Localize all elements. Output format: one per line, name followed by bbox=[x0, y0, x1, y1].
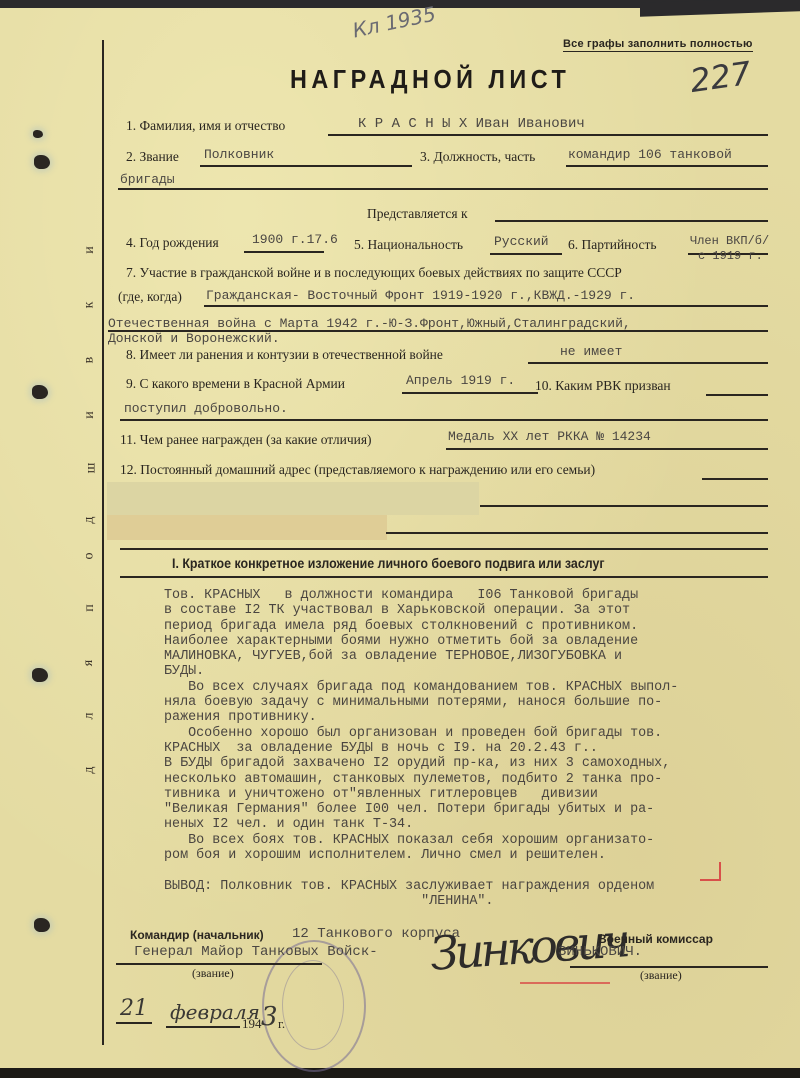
margin-letter: л bbox=[82, 713, 98, 720]
red-pencil-mark bbox=[700, 879, 721, 881]
conclusion-paragraph: ВЫВОД: Полковник тов. КРАСНЫХ заслуживае… bbox=[164, 879, 654, 909]
field-2-underline bbox=[200, 165, 412, 167]
field-12-underline-3 bbox=[386, 532, 768, 534]
section-rule-top bbox=[120, 548, 768, 550]
field-3-position-cont: бригады bbox=[120, 172, 175, 187]
field-9-label: 9. С какого времени в Красной Армии bbox=[126, 376, 345, 392]
commander-rank-caption: (звание) bbox=[192, 966, 234, 981]
punch-hole bbox=[32, 385, 48, 399]
presented-underline bbox=[495, 220, 768, 222]
field-3-underline bbox=[566, 165, 768, 167]
field-12-underline bbox=[702, 478, 768, 480]
margin-letter: к bbox=[81, 302, 97, 309]
narrative-paragraph: Особенно хорошо был организован и провед… bbox=[164, 726, 670, 833]
field-4-label: 4. Год рождения bbox=[126, 235, 219, 251]
field-2-rank: Полковник bbox=[204, 147, 274, 162]
date-year-unit: г. bbox=[278, 1016, 285, 1032]
commissar-rank-caption: (звание) bbox=[640, 968, 682, 983]
date-day: 21 bbox=[120, 996, 148, 1021]
field-11-underline bbox=[446, 448, 768, 450]
address-redaction bbox=[107, 482, 479, 515]
red-underline bbox=[520, 982, 610, 984]
field-8-label: 8. Имеет ли ранения и контузии в отечест… bbox=[126, 347, 443, 363]
field-9-underline bbox=[402, 392, 538, 394]
margin-letter: д bbox=[82, 766, 98, 773]
field-7-value-2: Отечественная война с Марта 1942 г.-Ю-З.… bbox=[108, 316, 631, 331]
margin-letter: д bbox=[82, 516, 98, 523]
field-4-birth-year: 1900 г.17.6 bbox=[252, 232, 338, 247]
red-pencil-mark bbox=[719, 862, 721, 880]
margin-letter: о bbox=[82, 553, 98, 560]
field-5-label: 5. Национальность bbox=[354, 237, 463, 253]
field-10-label: 10. Каким РВК призван bbox=[535, 378, 671, 394]
narrative-paragraph: Во всех случаях бригада под командование… bbox=[164, 680, 678, 726]
field-1-full-name: К Р А С Н Ы Х Иван Иванович bbox=[358, 116, 585, 132]
field-8-underline bbox=[528, 362, 768, 364]
field-12-underline-2 bbox=[480, 505, 768, 507]
field-7-label: 7. Участие в гражданской войне и в после… bbox=[126, 265, 622, 281]
field-12-label: 12. Постоянный домашний адрес (представл… bbox=[120, 462, 595, 478]
official-stamp-inner bbox=[282, 960, 344, 1050]
margin-letter: ш bbox=[83, 463, 99, 474]
field-3-position: командир 106 танковой bbox=[568, 147, 732, 162]
margin-letter: и bbox=[82, 411, 98, 419]
field-11-prior-awards: Медаль XX лет РККА № 14234 bbox=[448, 429, 651, 444]
sheet-number-handwritten: 227 bbox=[688, 54, 754, 100]
field-1-label: 1. Фамилия, имя и отчество bbox=[126, 118, 285, 134]
punch-hole bbox=[32, 668, 48, 682]
field-3-underline-2 bbox=[118, 188, 768, 190]
field-7-label-cont: (где, когда) bbox=[118, 289, 182, 305]
field-7-value-1: Гражданская- Восточный Фронт 1919-1920 г… bbox=[206, 288, 635, 303]
commander-rank: Генерал Майор Танковых Войск- bbox=[134, 944, 378, 960]
date-day-underline bbox=[116, 1022, 152, 1024]
field-9-army-since: Апрель 1919 г. bbox=[406, 373, 515, 388]
document-title: НАГРАДНОЙ ЛИСТ bbox=[290, 64, 570, 95]
margin-letter: п bbox=[82, 604, 98, 612]
fill-instruction: Все графы заполнить полностью bbox=[563, 38, 753, 52]
punch-hole bbox=[33, 130, 43, 138]
punch-hole bbox=[34, 155, 50, 169]
commissar-label: Военный комиссар bbox=[598, 932, 713, 946]
merit-narrative: Тов. КРАСНЫХ в должности командира I06 Т… bbox=[164, 588, 774, 909]
field-1-underline bbox=[328, 134, 768, 136]
signatory-name: ЗИНЬКОВИЧ. bbox=[558, 944, 642, 960]
field-8-wounds: не имеет bbox=[560, 344, 622, 359]
narrative-paragraph: Тов. КРАСНЫХ в должности командира I06 Т… bbox=[164, 588, 638, 679]
field-10-underline bbox=[706, 394, 768, 396]
section-1-heading: I. Краткое конкретное изложение личного … bbox=[172, 556, 605, 571]
margin-letter: и bbox=[82, 246, 98, 254]
commander-rank-underline bbox=[116, 963, 322, 965]
commander-label: Командир (начальник) bbox=[130, 928, 264, 942]
field-6-party: Член ВКП/б/ bbox=[690, 234, 769, 248]
margin-letter: в bbox=[81, 357, 97, 364]
field-2-label: 2. Звание bbox=[126, 149, 179, 165]
award-sheet-page: и к в и ш д о п я л д Кл 1935 Все графы … bbox=[0, 0, 800, 1068]
date-year-prefix: 194 bbox=[242, 1016, 262, 1032]
field-10-conscription: поступил добровольно. bbox=[124, 401, 288, 416]
field-4-underline bbox=[244, 251, 324, 253]
binding-margin-line bbox=[102, 40, 104, 1045]
punch-hole bbox=[34, 918, 50, 932]
field-3-label: 3. Должность, часть bbox=[420, 149, 535, 165]
margin-letter: я bbox=[81, 660, 97, 666]
scan-edge-top-right bbox=[640, 0, 800, 17]
field-6-label: 6. Партийность bbox=[568, 237, 657, 253]
field-7-underline-1 bbox=[204, 305, 768, 307]
date-year-suffix: 3 bbox=[261, 1002, 278, 1032]
field-10-underline-2 bbox=[120, 419, 768, 421]
field-5-underline bbox=[490, 253, 562, 255]
presented-label: Представляется к bbox=[367, 206, 468, 222]
address-redaction-2 bbox=[107, 515, 387, 540]
field-5-nationality: Русский bbox=[494, 234, 549, 249]
field-6-party-cont: с 1919 г. bbox=[698, 249, 763, 263]
field-11-label: 11. Чем ранее награжден (за какие отличи… bbox=[120, 432, 372, 448]
narrative-paragraph: Во всех боях тов. КРАСНЫХ показал себя х… bbox=[164, 833, 654, 863]
date-month-underline bbox=[166, 1026, 240, 1028]
field-7-value-3: Донской и Воронежский. bbox=[108, 331, 280, 346]
section-rule-bottom bbox=[120, 576, 768, 578]
